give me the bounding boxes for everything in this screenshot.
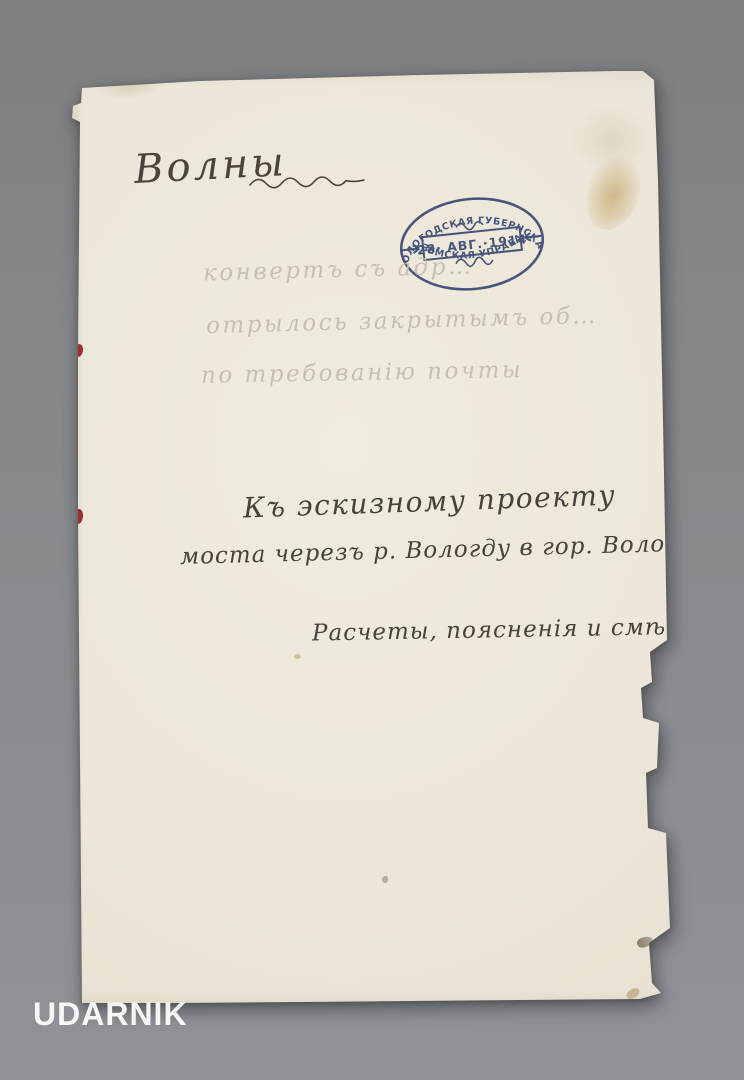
stain: [94, 69, 166, 102]
pencil-note-line: по требованію почты: [201, 357, 524, 389]
title-line: моста черезъ р. Вологду в гор. Вологдѣ: [180, 530, 715, 570]
tear-shadow: [636, 935, 654, 950]
foxing-spot: [382, 876, 388, 883]
binding-stitch: [73, 509, 84, 525]
title-line: Къ эскизному проекту: [243, 478, 617, 524]
stain: [570, 105, 650, 175]
foxing-spot: [294, 654, 301, 659]
stain: [578, 147, 649, 236]
zemstvo-stamp-icon: ВОЛОГОДСКАЯ ГУБЕРНСКАЯ ЗЕМСКАЯ УПРАВА 28…: [391, 187, 552, 300]
edge-stain: [625, 986, 642, 1001]
title-line: Расчеты, поясненія и смѣта-: [312, 614, 713, 647]
udarnik-watermark: UDARNIK: [33, 996, 188, 1033]
pencil-note-line: отрылось закрытымъ об…: [206, 303, 598, 339]
manuscript-page: Волны ВОЛОГОДСКАЯ ГУБЕРНСКАЯ ЗЕМСКАЯ УПР…: [70, 65, 682, 1017]
document-shadow-wrap: Волны ВОЛОГОДСКАЯ ГУБЕРНСКАЯ ЗЕМСКАЯ УПР…: [0, 0, 744, 1080]
pen-flourish-icon: [248, 167, 369, 197]
photo-background: Волны ВОЛОГОДСКАЯ ГУБЕРНСКАЯ ЗЕМСКАЯ УПР…: [0, 0, 744, 1080]
binding-stitch: [73, 343, 84, 357]
